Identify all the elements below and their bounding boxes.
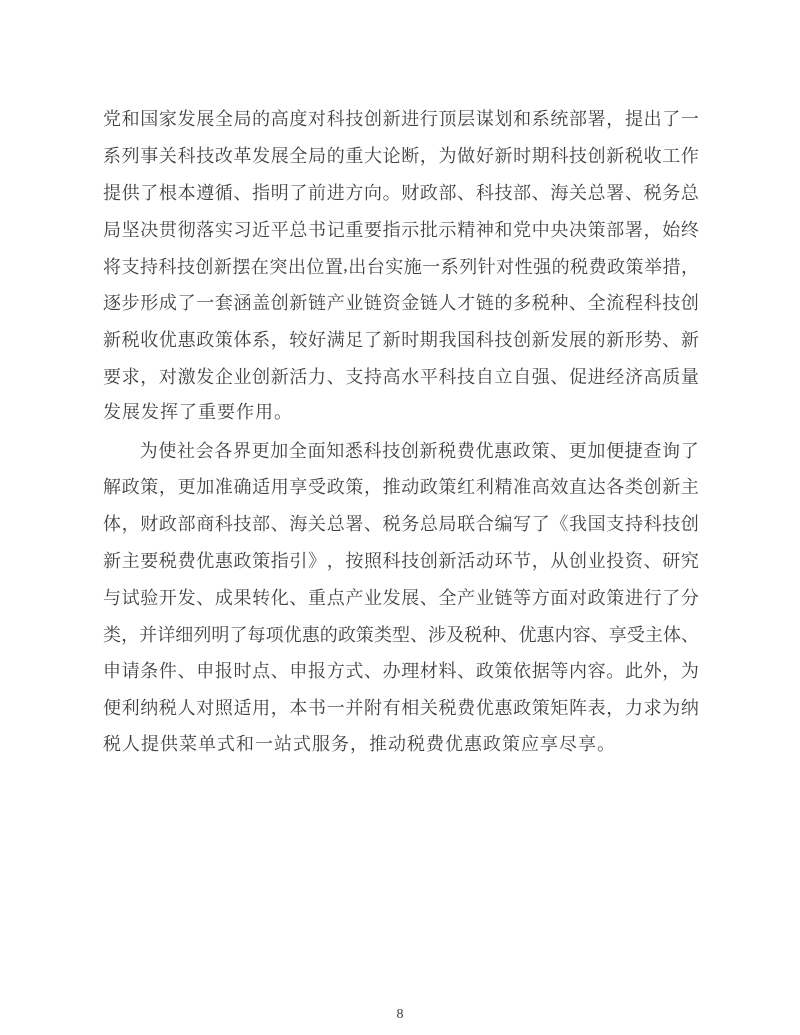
text-line: 发展发挥了重要作用。 (103, 394, 699, 431)
text-line: 要求，对激发企业创新活力、支持高水平科技自立自强、促进经济高质量 (103, 358, 699, 395)
text-line: 系列事关科技改革发展全局的重大论断，为做好新时期科技创新税收工作 (103, 137, 699, 174)
paragraph-1: 党和国家发展全局的高度对科技创新进行顶层谋划和系统部署，提出了一 系列事关科技改… (103, 100, 699, 431)
text-line: 体，财政部商科技部、海关总署、税务总局联合编写了《我国支持科技创 (103, 505, 699, 542)
text-line: 解政策，更加准确适用享受政策，推动政策红利精准高效直达各类创新主 (103, 468, 699, 505)
text-line: 与试验开发、成果转化、重点产业发展、全产业链等方面对政策进行了分 (103, 578, 699, 615)
paragraph-2: 为使社会各界更加全面知悉科技创新税费优惠政策、更加便捷查询了 解政策，更加准确适… (103, 431, 699, 762)
text-line: 将支持科技创新摆在突出位置,出台实施一系列针对性强的税费政策举措， (103, 247, 699, 284)
text-line: 逐步形成了一套涵盖创新链产业链资金链人才链的多税种、全流程科技创 (103, 284, 699, 321)
page-body-text: 党和国家发展全局的高度对科技创新进行顶层谋划和系统部署，提出了一 系列事关科技改… (103, 100, 699, 762)
text-line: 申请条件、申报时点、申报方式、办理材料、政策依据等内容。此外，为 (103, 652, 699, 689)
text-line: 党和国家发展全局的高度对科技创新进行顶层谋划和系统部署，提出了一 (103, 100, 699, 137)
text-line: 提供了根本遵循、指明了前进方向。财政部、科技部、海关总署、税务总 (103, 174, 699, 211)
text-line: 局坚决贯彻落实习近平总书记重要指示批示精神和党中央决策部署，始终 (103, 210, 699, 247)
text-line: 新主要税费优惠政策指引》，按照科技创新活动环节，从创业投资、研究 (103, 542, 699, 579)
text-line: 类，并详细列明了每项优惠的政策类型、涉及税种、优惠内容、享受主体、 (103, 615, 699, 652)
page-number: 8 (0, 1007, 800, 1023)
text-line: 税人提供菜单式和一站式服务，推动税费优惠政策应享尽享。 (103, 726, 699, 763)
document-page: 党和国家发展全局的高度对科技创新进行顶层谋划和系统部署，提出了一 系列事关科技改… (0, 0, 800, 1035)
text-line: 便利纳税人对照适用，本书一并附有相关税费优惠政策矩阵表，力求为纳 (103, 689, 699, 726)
text-line: 新税收优惠政策体系，较好满足了新时期我国科技创新发展的新形势、新 (103, 321, 699, 358)
text-line: 为使社会各界更加全面知悉科技创新税费优惠政策、更加便捷查询了 (103, 431, 699, 468)
